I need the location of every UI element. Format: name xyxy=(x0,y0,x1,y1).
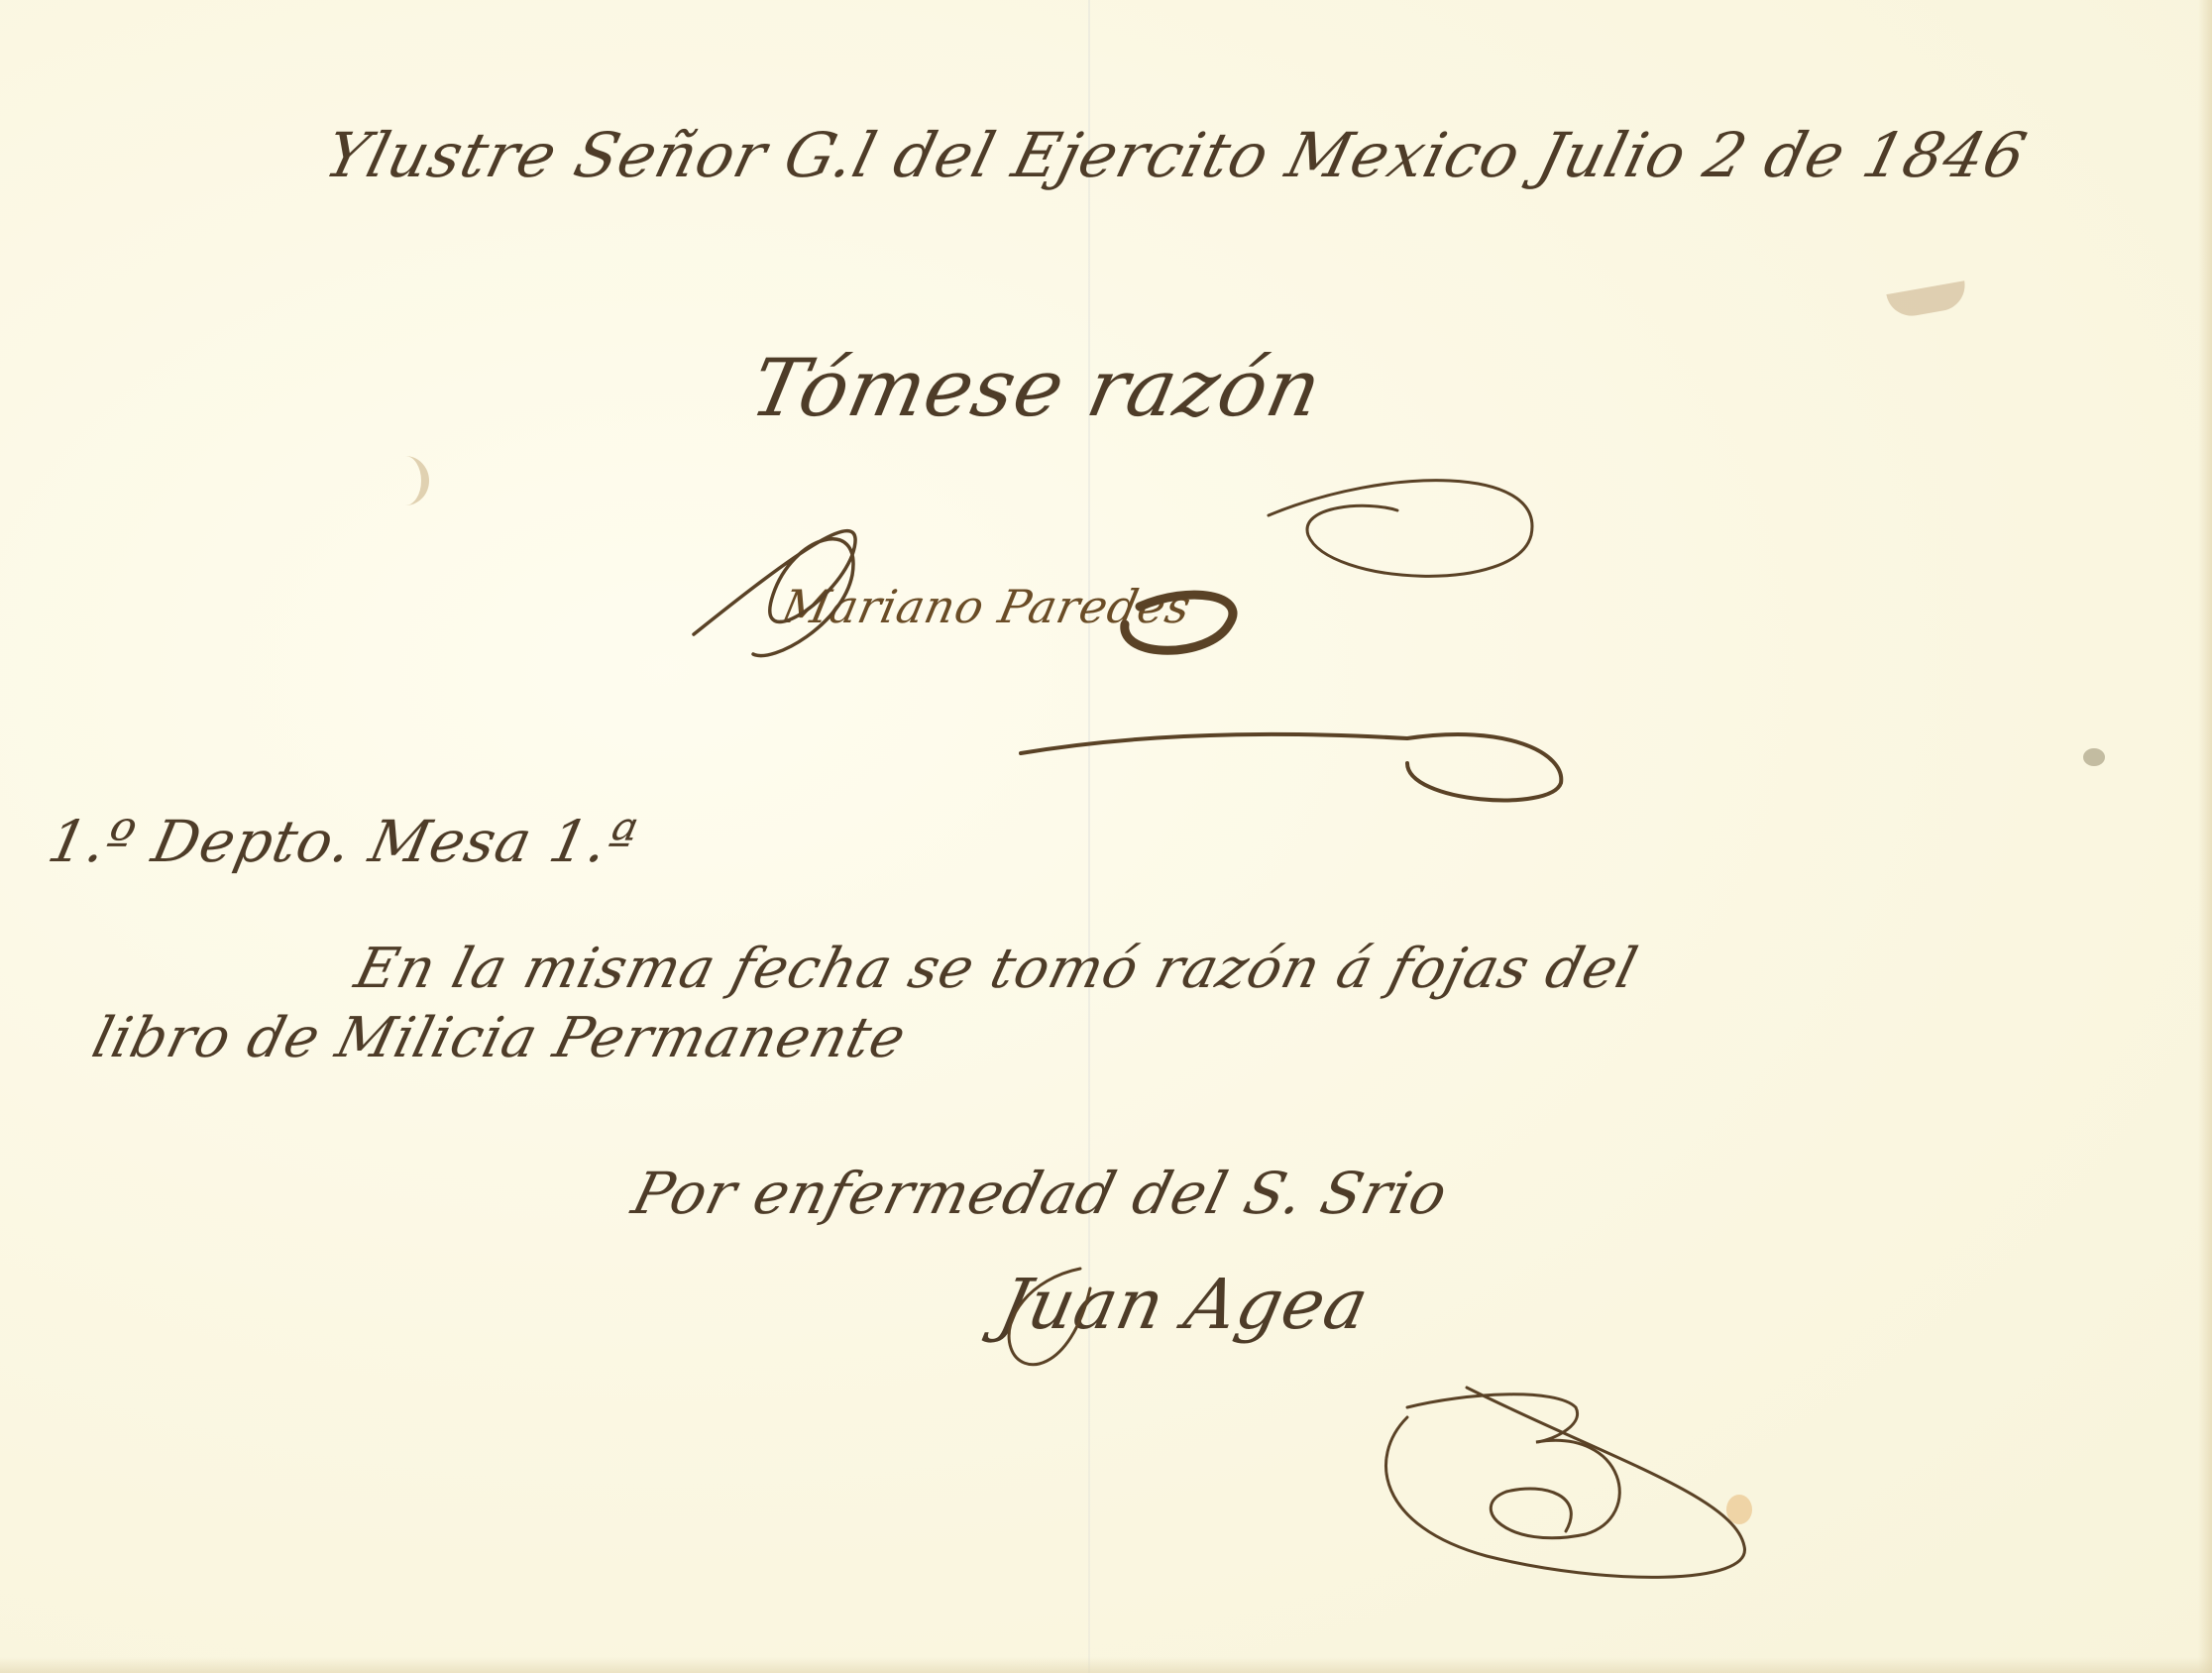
ink-stain xyxy=(2083,748,2105,766)
department-line: 1.º Depto. Mesa 1.ª xyxy=(43,808,643,875)
body-line-1: En la misma fecha se tomó razón á fojas … xyxy=(349,937,1644,1001)
instruction-text: Tómese razón xyxy=(743,342,1330,434)
bleed-through-mark xyxy=(382,456,429,505)
body-line-2: libro de Milicia Permanente xyxy=(86,1006,913,1070)
paper-fold-line xyxy=(1088,0,1090,1673)
signature-2: Juan Agea xyxy=(992,1264,1376,1345)
header-salutation-date: Ylustre Señor G.l del Ejercito Mexico Ju… xyxy=(318,119,2034,191)
water-stain xyxy=(1726,1495,1752,1524)
paper-bottom-edge xyxy=(0,1657,2212,1673)
paper-right-edge xyxy=(2198,0,2212,1673)
signature-1: Mariano Paredes xyxy=(777,580,1196,633)
closing-line: Por enfermedad del S. Srio xyxy=(626,1160,1455,1227)
